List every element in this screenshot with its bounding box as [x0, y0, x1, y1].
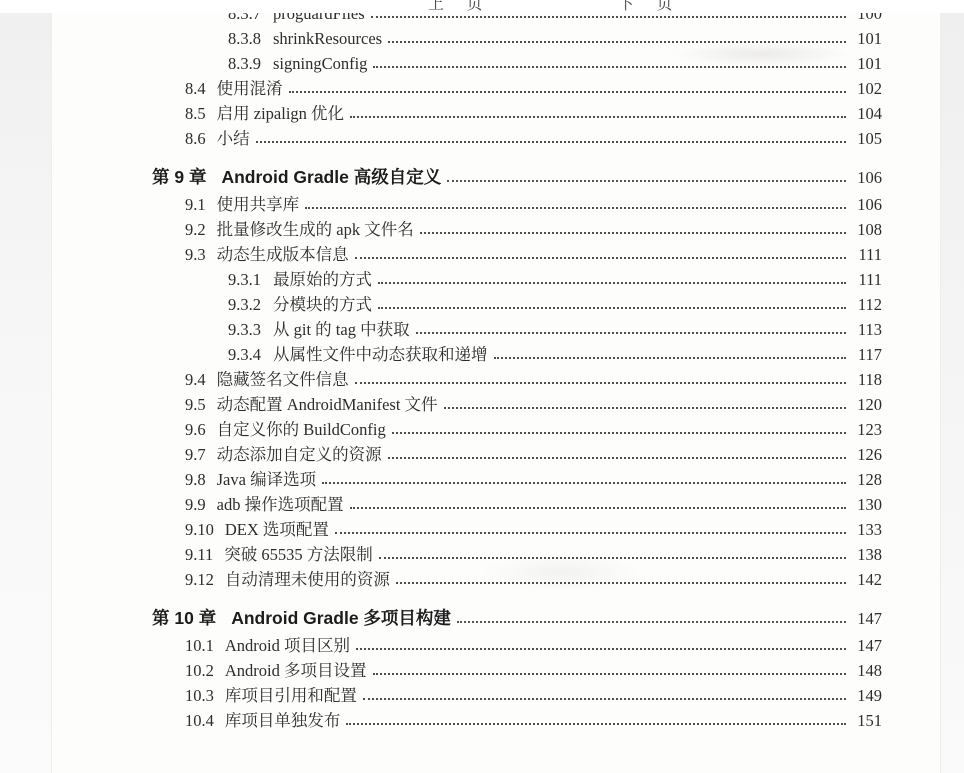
toc-entry: 9.6 自定义你的 BuildConfig 123: [52, 417, 882, 442]
toc-entry-number: 10.3: [185, 683, 214, 708]
toc-entry: 9.2 批量修改生成的 apk 文件名 108: [52, 217, 882, 242]
dot-leader: [305, 207, 846, 209]
reader-topbar: 上 页 下 页: [0, 0, 964, 13]
dot-leader: [378, 282, 846, 284]
toc-entry-number: 9.3.1: [228, 267, 261, 292]
dot-leader: [289, 91, 846, 93]
toc-entry: 8.3.7 proguardFiles 100: [52, 13, 882, 26]
toc-entry-number: 第 9 章: [152, 162, 206, 192]
toc-entry: 10.3 库项目引用和配置 149: [52, 683, 882, 708]
toc-entry-title: adb 操作选项配置: [217, 492, 344, 517]
next-page-link[interactable]: 下 页: [618, 0, 681, 13]
toc-entry-title: Android Gradle 多项目构建: [231, 603, 451, 633]
toc-entry-title: shrinkResources: [273, 26, 382, 51]
toc-entry: 9.12 自动清理未使用的资源 142: [52, 567, 882, 592]
toc-entry-page: 123: [850, 417, 882, 442]
toc-entry: 9.8 Java 编译选项 128: [52, 467, 882, 492]
dot-leader: [373, 673, 847, 675]
toc-entry-page: 100: [850, 13, 882, 26]
dot-leader: [335, 532, 846, 534]
toc-entry-page: 126: [850, 442, 882, 467]
dot-leader: [494, 357, 847, 359]
toc-entry-page: 112: [850, 292, 882, 317]
toc-entry-number: 8.3.7: [228, 13, 261, 26]
dot-leader: [373, 66, 846, 68]
scanned-page: 8.3.7 proguardFiles 100 8.3.8 shrinkReso…: [52, 13, 940, 773]
toc-list: 8.3.7 proguardFiles 100 8.3.8 shrinkReso…: [52, 13, 882, 733]
prev-page-link[interactable]: 上 页: [428, 0, 491, 13]
toc-entry-title: 分模块的方式: [273, 292, 372, 317]
toc-entry-title: 动态配置 AndroidManifest 文件: [217, 392, 438, 417]
dot-leader: [444, 407, 846, 409]
toc-entry-page: 148: [850, 658, 882, 683]
toc-entry-page: 133: [850, 517, 882, 542]
toc-entry: 9.3 动态生成版本信息 111: [52, 242, 882, 267]
toc-entry-page: 101: [850, 26, 882, 51]
dot-leader: [388, 457, 846, 459]
toc-entry-number: 9.8: [185, 467, 206, 492]
toc-entry-page: 111: [850, 242, 882, 267]
toc-entry-number: 9.3.2: [228, 292, 261, 317]
toc-entry-number: 9.3.4: [228, 342, 261, 367]
toc-entry-page: 147: [850, 604, 882, 634]
toc-entry: 8.3.8 shrinkResources 101: [52, 26, 882, 51]
toc-entry-number: 9.9: [185, 492, 206, 517]
toc-entry-page: 108: [850, 217, 882, 242]
toc-entry-page: 106: [850, 192, 882, 217]
toc-entry-page: 106: [850, 163, 882, 193]
toc-entry-title: 库项目单独发布: [225, 708, 341, 733]
toc-entry-page: 149: [850, 683, 882, 708]
toc-entry: 9.7 动态添加自定义的资源 126: [52, 442, 882, 467]
dot-leader: [350, 507, 846, 509]
dot-leader: [379, 557, 846, 559]
toc-entry-title: 使用共享库: [217, 192, 300, 217]
toc-entry-number: 10.1: [185, 633, 214, 658]
toc-entry-number: 9.2: [185, 217, 206, 242]
toc-entry: 10.2 Android 多项目设置 148: [52, 658, 882, 683]
toc-entry: 第 9 章 Android Gradle 高级自定义 106: [52, 162, 882, 192]
dot-leader: [457, 621, 846, 623]
dot-leader: [392, 432, 846, 434]
toc-entry: 9.10 DEX 选项配置 133: [52, 517, 882, 542]
toc-entry-title: 从 git 的 tag 中获取: [273, 317, 410, 342]
toc-entry-number: 9.3: [185, 242, 206, 267]
toc-entry-number: 8.6: [185, 126, 206, 151]
toc-entry-title: 最原始的方式: [273, 267, 372, 292]
right-gutter: [940, 13, 964, 773]
dot-leader: [356, 648, 846, 650]
toc-entry-page: 104: [850, 101, 882, 126]
toc-entry-page: 101: [850, 51, 882, 76]
toc-entry-number: 8.3.9: [228, 51, 261, 76]
toc-entry-title: 突破 65535 方法限制: [224, 542, 373, 567]
toc-entry-page: 120: [850, 392, 882, 417]
toc-entry: 9.3.2 分模块的方式 112: [52, 292, 882, 317]
toc-entry-number: 8.4: [185, 76, 206, 101]
toc-entry-number: 9.10: [185, 517, 214, 542]
toc-entry: 8.5 启用 zipalign 优化 104: [52, 101, 882, 126]
dot-leader: [388, 41, 846, 43]
toc-entry-number: 10.4: [185, 708, 214, 733]
toc-entry-number: 8.3.8: [228, 26, 261, 51]
toc-entry-page: 117: [850, 342, 882, 367]
toc-entry-number: 9.3.3: [228, 317, 261, 342]
reader-stage: 8.3.7 proguardFiles 100 8.3.8 shrinkReso…: [0, 13, 964, 773]
toc-entry-number: 9.5: [185, 392, 206, 417]
toc-entry: 9.3.1 最原始的方式 111: [52, 267, 882, 292]
toc-entry-number: 10.2: [185, 658, 214, 683]
toc-entry-title: 使用混淆: [217, 76, 283, 101]
toc-entry-title: proguardFiles: [273, 13, 365, 26]
dot-leader: [420, 232, 846, 234]
toc-entry-title: Android Gradle 高级自定义: [221, 162, 441, 192]
toc-entry: 9.3.4 从属性文件中动态获取和递增 117: [52, 342, 882, 367]
toc-entry-page: 113: [850, 317, 882, 342]
toc-entry-title: 从属性文件中动态获取和递增: [273, 342, 488, 367]
dot-leader: [346, 723, 846, 725]
dot-leader: [355, 257, 846, 259]
toc-entry-number: 9.7: [185, 442, 206, 467]
dot-leader: [355, 382, 846, 384]
toc-entry-title: 自定义你的 BuildConfig: [217, 417, 386, 442]
toc-entry-title: 库项目引用和配置: [225, 683, 357, 708]
toc-entry-title: Java 编译选项: [217, 467, 316, 492]
dot-leader: [447, 180, 846, 182]
toc-entry: 8.3.9 signingConfig 101: [52, 51, 882, 76]
toc-entry-title: 动态生成版本信息: [217, 242, 349, 267]
toc-entry: 9.3.3 从 git 的 tag 中获取 113: [52, 317, 882, 342]
toc-entry-title: 小结: [217, 126, 250, 151]
toc-entry-title: Android 项目区别: [225, 633, 350, 658]
toc-entry: 9.5 动态配置 AndroidManifest 文件 120: [52, 392, 882, 417]
toc-entry: 8.4 使用混淆 102: [52, 76, 882, 101]
dot-leader: [350, 116, 846, 118]
toc-entry: 9.9 adb 操作选项配置 130: [52, 492, 882, 517]
toc-entry-number: 9.4: [185, 367, 206, 392]
toc-entry-page: 102: [850, 76, 882, 101]
toc-entry-title: Android 多项目设置: [225, 658, 367, 683]
toc-entry-page: 147: [850, 633, 882, 658]
toc-entry-page: 138: [850, 542, 882, 567]
toc-entry-title: 隐藏签名文件信息: [217, 367, 349, 392]
toc-entry-number: 9.11: [185, 542, 213, 567]
toc-entry: 10.4 库项目单独发布 151: [52, 708, 882, 733]
toc-entry-page: 105: [850, 126, 882, 151]
toc-entry-page: 118: [850, 367, 882, 392]
toc-entry-title: signingConfig: [273, 51, 367, 76]
toc-entry-page: 130: [850, 492, 882, 517]
toc-entry: 9.4 隐藏签名文件信息 118: [52, 367, 882, 392]
dot-leader: [371, 16, 846, 18]
toc-entry-page: 142: [850, 567, 882, 592]
toc-entry-title: 自动清理未使用的资源: [225, 567, 390, 592]
toc-entry-number: 8.5: [185, 101, 206, 126]
toc-entry-number: 第 10 章: [152, 603, 216, 633]
toc-entry-page: 151: [850, 708, 882, 733]
dot-leader: [256, 141, 846, 143]
toc-entry-title: 动态添加自定义的资源: [217, 442, 382, 467]
toc-entry-number: 9.12: [185, 567, 214, 592]
toc-entry-number: 9.1: [185, 192, 206, 217]
toc-entry-page: 128: [850, 467, 882, 492]
left-gutter: [0, 13, 52, 773]
toc-entry: 9.11 突破 65535 方法限制 138: [52, 542, 882, 567]
dot-leader: [396, 582, 846, 584]
toc-entry-title: DEX 选项配置: [225, 517, 329, 542]
dot-leader: [322, 482, 846, 484]
dot-leader: [363, 698, 846, 700]
toc-entry: 8.6 小结 105: [52, 126, 882, 151]
toc-entry-page: 111: [850, 267, 882, 292]
toc-entry-title: 批量修改生成的 apk 文件名: [217, 217, 414, 242]
toc-entry: 9.1 使用共享库 106: [52, 192, 882, 217]
toc-entry: 10.1 Android 项目区别 147: [52, 633, 882, 658]
toc-entry-number: 9.6: [185, 417, 206, 442]
toc-entry: 第 10 章 Android Gradle 多项目构建 147: [52, 603, 882, 633]
toc-entry-title: 启用 zipalign 优化: [217, 101, 344, 126]
dot-leader: [416, 332, 846, 334]
dot-leader: [378, 307, 846, 309]
